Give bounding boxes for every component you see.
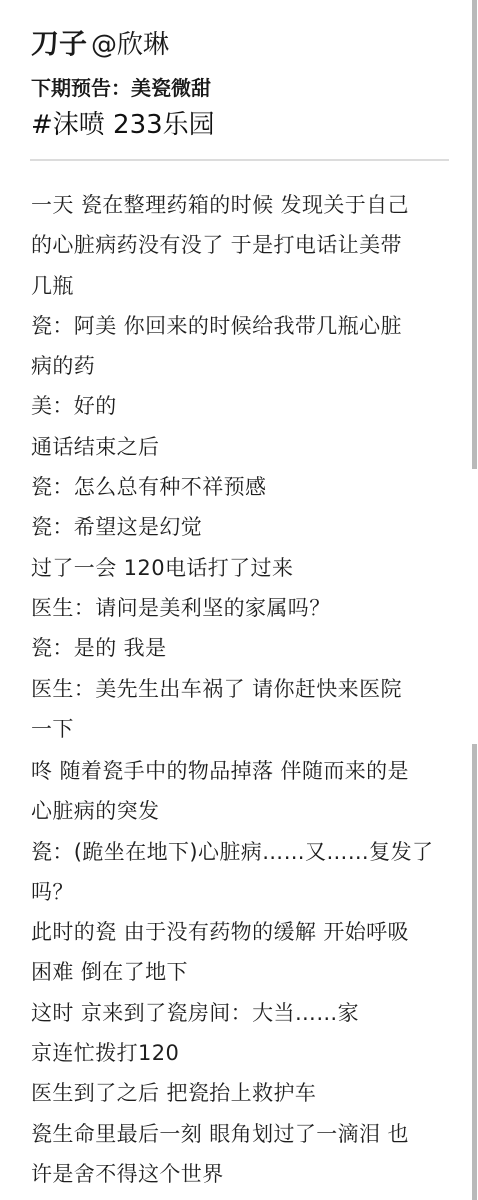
story-line: 医生：请问是美利坚的家属吗？ xyxy=(31,588,451,628)
story-section-2: 咚 随着瓷手中的物品掉落 伴随而来的是心脏病的突发瓷：(跪坐在地下)心脏病……又… xyxy=(31,751,451,1194)
story-line: 瓷：怎么总有种不祥预感 xyxy=(31,467,451,507)
story-line: 咚 随着瓷手中的物品掉落 伴随而来的是 xyxy=(31,751,451,791)
story-line: 几瓶 xyxy=(31,266,451,306)
story-line: 医生：美先生出车祸了 请你赶快来医院 xyxy=(31,669,451,709)
post-title: 刀子@欣琳 xyxy=(31,24,451,64)
scrollbar-thumb-top[interactable] xyxy=(472,0,477,469)
story-line: 一下 xyxy=(31,709,451,749)
author-mention[interactable]: @欣琳 xyxy=(91,30,169,60)
story-line: 美：好的 xyxy=(31,386,451,426)
story-line: 瓷：希望这是幻觉 xyxy=(31,507,451,547)
story-line: 困难 倒在了地下 xyxy=(31,952,451,992)
story-line: 瓷：是的 我是 xyxy=(31,628,451,668)
title-main: 刀子 xyxy=(31,27,87,60)
story-line: 瓷：阿美 你回来的时候给我带几瓶心脏 xyxy=(31,306,451,346)
story-line: 心脏病的突发 xyxy=(31,791,451,831)
story-line: 这时 京来到了瓷房间：大当……家 xyxy=(31,993,451,1033)
story-section-1: 一天 瓷在整理药箱的时候 发现关于自己的心脏病药没有没了 于是打电话让美带几瓶瓷… xyxy=(31,185,451,749)
story-line: 医生到了之后 把瓷抬上救护车 xyxy=(31,1073,451,1113)
story-line: 的心脏病药没有没了 于是打电话让美带 xyxy=(31,225,451,265)
story-line: 一天 瓷在整理药箱的时候 发现关于自己 xyxy=(31,185,451,225)
scrollbar-thumb-bottom[interactable] xyxy=(472,744,477,1200)
story-line: 此时的瓷 由于没有药物的缓解 开始呼吸 xyxy=(31,912,451,952)
post-header: 刀子@欣琳 下期预告：美瓷微甜 #沫喷 233乐园 xyxy=(31,24,451,144)
story-line: 许是舍不得这个世界 xyxy=(31,1154,451,1194)
story-line: 瓷：(跪坐在地下)心脏病……又……复发了 xyxy=(31,832,451,872)
story-line: 吗？ xyxy=(31,872,451,912)
story-line: 通话结束之后 xyxy=(31,427,451,467)
story-line: 瓷生命里最后一刻 眼角划过了一滴泪 也 xyxy=(31,1114,451,1154)
header-divider xyxy=(30,159,449,161)
story-line: 病的药 xyxy=(31,346,451,386)
story-line: 京连忙拨打120 xyxy=(31,1033,451,1073)
hashtags[interactable]: #沫喷 233乐园 xyxy=(31,106,451,144)
next-preview: 下期预告：美瓷微甜 xyxy=(31,73,451,103)
story-line: 过了一会 120电话打了过来 xyxy=(31,548,451,588)
